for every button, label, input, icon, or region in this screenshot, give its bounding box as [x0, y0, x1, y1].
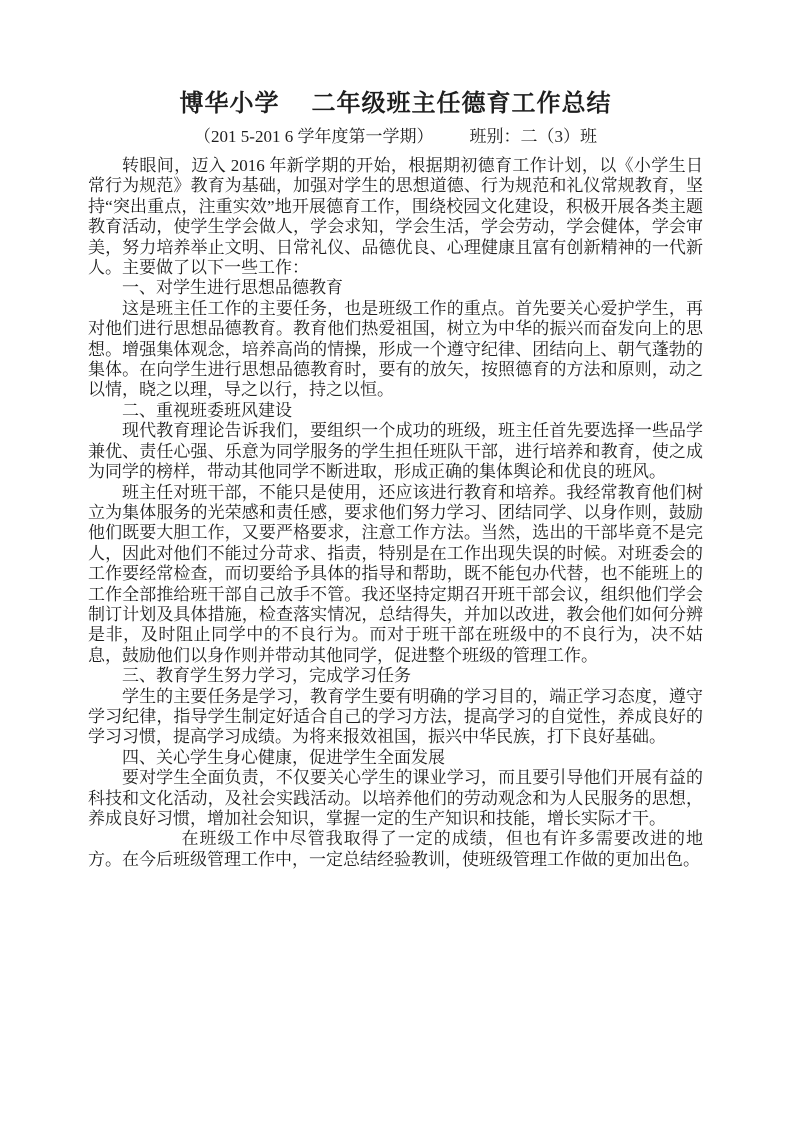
class-label: 班别：二（3）班 [469, 127, 597, 146]
section-heading-3: 三、教育学生努力学习，完成学习任务 [88, 666, 703, 686]
section-2-paragraph-2: 班主任对班干部，不能只是使用，还应该进行教育和培养。我经常教育他们树立为集体服务… [88, 483, 703, 667]
document-subtitle: （201 5-201 6 学年度第一学期）班别：二（3）班 [88, 126, 703, 147]
section-3-paragraph: 学生的主要任务是学习，教育学生要有明确的学习目的，端正学习态度，遵守学习纪律，指… [88, 687, 703, 748]
section-4-paragraph: 要对学生全面负责，不仅要关心学生的课业学习，而且要引导他们开展有益的科技和文化活… [88, 768, 703, 829]
closing-paragraph: 在班级工作中尽管我取得了一定的成绩，但也有许多需要改进的地方。在今后班级管理工作… [88, 829, 703, 870]
section-heading-1: 一、对学生进行思想品德教育 [88, 278, 703, 298]
section-2-paragraph-1: 现代教育理论告诉我们，要组织一个成功的班级，班主任首先要选择一些品学兼优、责任心… [88, 421, 703, 482]
document-content: 博华小学 二年级班主任德育工作总结 （201 5-201 6 学年度第一学期）班… [88, 84, 703, 870]
section-1-paragraph: 这是班主任工作的主要任务，也是班级工作的重点。首先要关心爱护学生，再对他们进行思… [88, 299, 703, 401]
section-heading-4: 四、关心学生身心健康，促进学生全面发展 [88, 748, 703, 768]
document-page: 博华小学 二年级班主任德育工作总结 （201 5-201 6 学年度第一学期）班… [0, 0, 793, 1122]
document-title: 博华小学 二年级班主任德育工作总结 [88, 84, 703, 124]
section-heading-2: 二、重视班委班风建设 [88, 401, 703, 421]
semester-label: （201 5-201 6 学年度第一学期） [194, 127, 433, 146]
intro-paragraph: 转眼间，迈入 2016 年新学期的开始，根据期初德育工作计划，以《小学生日常行为… [88, 156, 703, 278]
